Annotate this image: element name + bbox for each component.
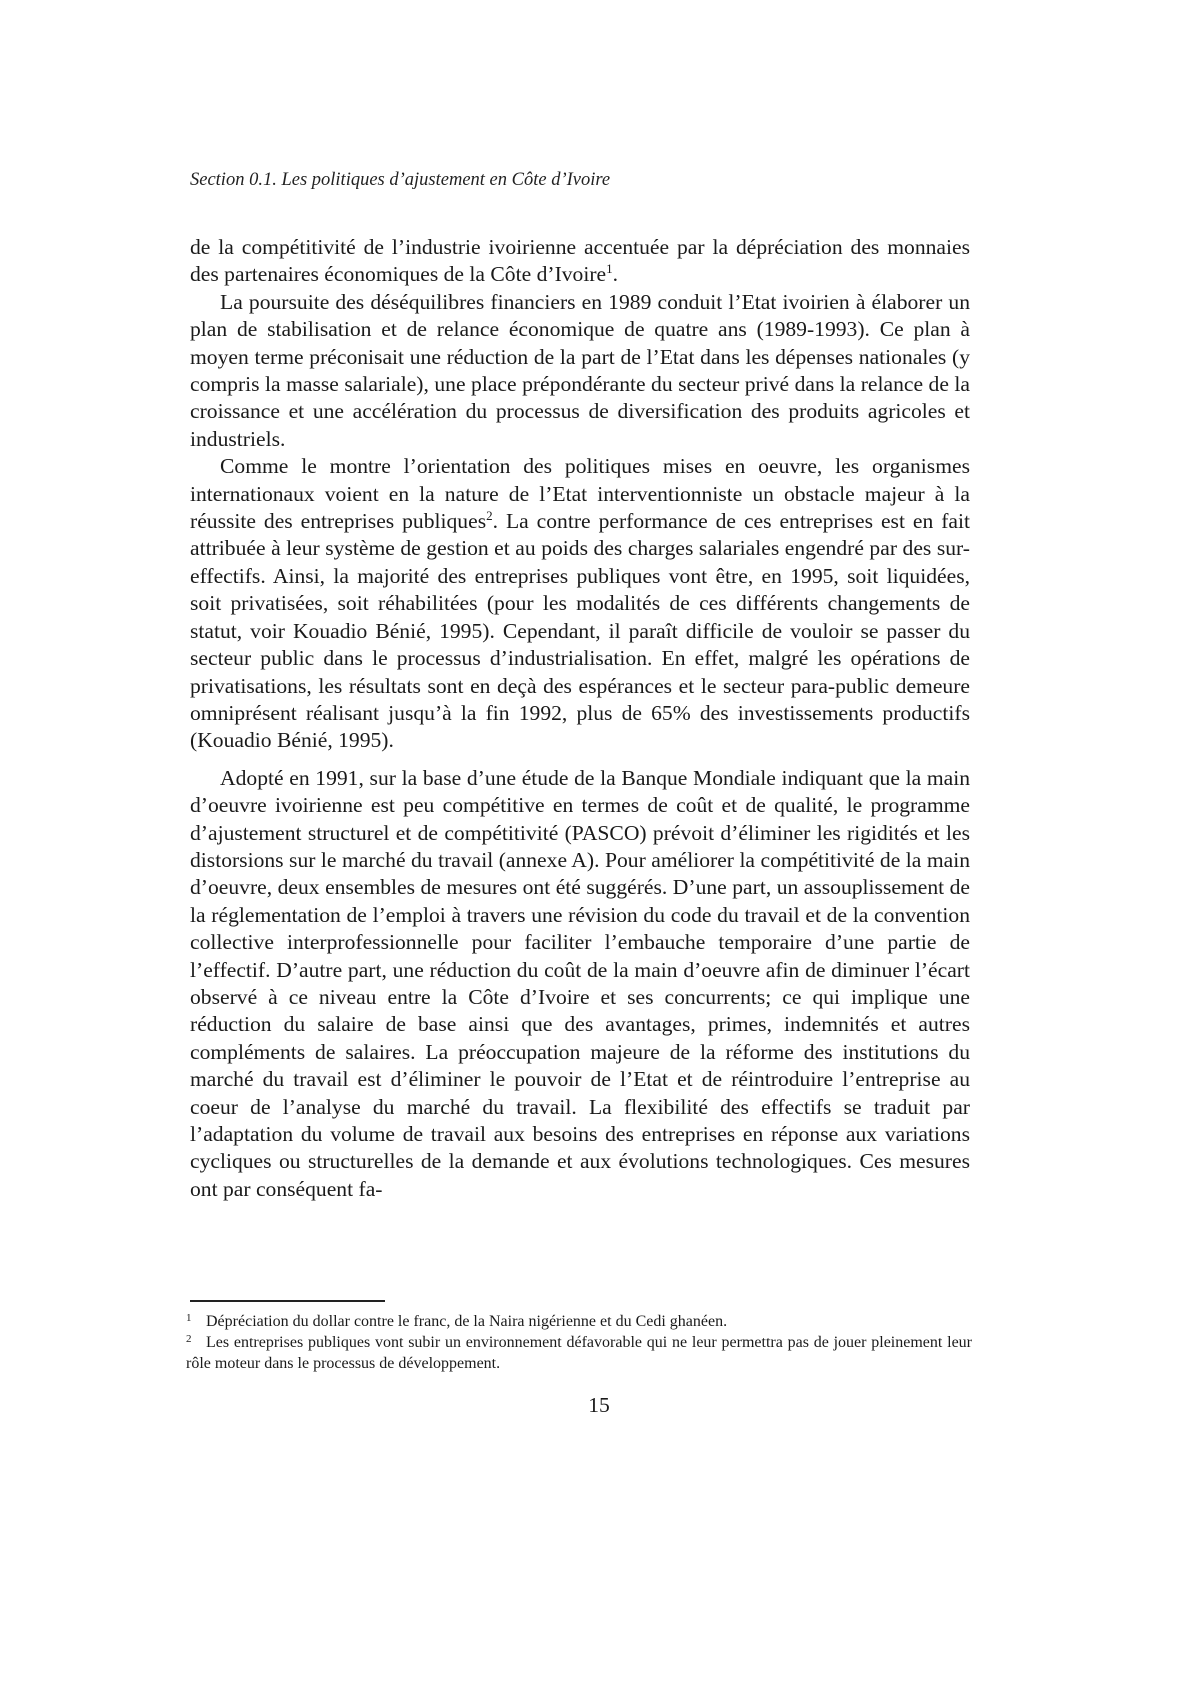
paragraph-stabilisation-plan: La poursuite des déséquilibres financier… [190,289,970,453]
footnotes: 1Dépréciation du dollar contre le franc,… [186,1311,972,1374]
paragraph-text: de la compétitivité de l’industrie ivoir… [190,235,970,286]
paragraph-public-enterprises: Comme le montre l’orientation des politi… [190,453,970,754]
document-page: Section 0.1. Les politiques d’ajustement… [0,0,1198,1682]
page-number: 15 [0,1393,1198,1418]
footnote-text: Les entreprises publiques vont subir un … [186,1334,972,1372]
footnote-1: 1Dépréciation du dollar contre le franc,… [186,1311,972,1332]
footnote-divider [190,1300,385,1302]
paragraph-text: . La contre performance de ces entrepris… [190,509,970,752]
footnote-text: Dépréciation du dollar contre le franc, … [206,1313,727,1330]
paragraph-text: . [613,262,618,286]
running-head: Section 0.1. Les politiques d’ajustement… [190,170,610,191]
body-text: de la compétitivité de l’industrie ivoir… [190,234,970,1203]
footnote-2: 2Les entreprises publiques vont subir un… [186,1332,972,1374]
paragraph-pasco: Adopté en 1991, sur la base d’une étude … [190,765,970,1204]
paragraph-continuation: de la compétitivité de l’industrie ivoir… [190,234,970,289]
